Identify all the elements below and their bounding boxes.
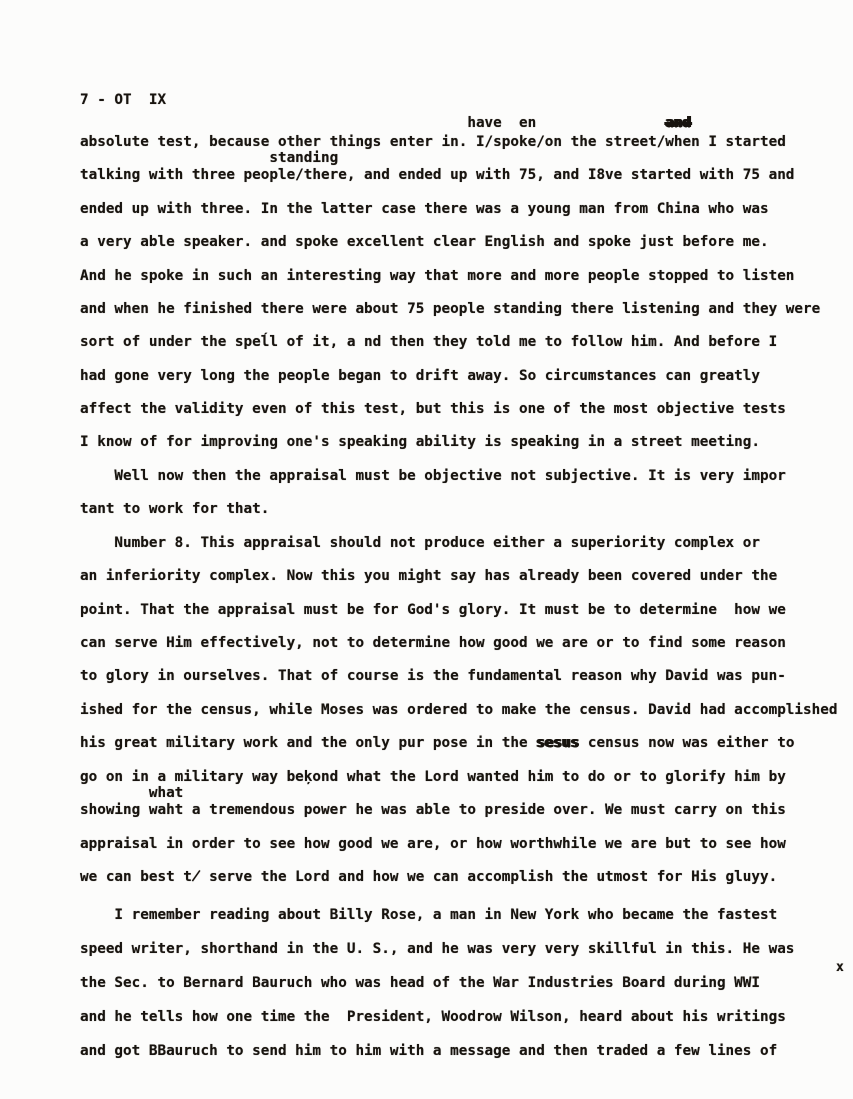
text-segment: his great military work and the only pur…	[80, 735, 536, 751]
text-segment: 7 - OT IX	[80, 92, 166, 108]
text-line: affect the validity even of this test, b…	[80, 399, 786, 419]
text-line: speed writer, shorthand in the U. S., an…	[80, 939, 794, 959]
text-segment: have en	[80, 115, 665, 131]
raised-insert-x: x	[836, 957, 844, 978]
text-line: a very able speaker. and spoke excellent…	[80, 232, 769, 252]
text-segment: appraisal in order to see how good we ar…	[80, 836, 786, 852]
text-line: we can best t̸ serve the Lord and how we…	[80, 867, 777, 887]
struck-out-word: and	[665, 115, 691, 131]
text-segment: ended up with three. In the latter case …	[80, 201, 769, 217]
text-line: his great military work and the only pur…	[80, 733, 794, 753]
text-segment: what	[80, 785, 183, 801]
text-segment: And he spoke in such an interesting way …	[80, 268, 794, 284]
text-segment: a very able speaker. and spoke excellent…	[80, 234, 769, 250]
text-segment: and got BBauruch to send him to him with…	[80, 1043, 777, 1059]
text-segment: sort of under the speĺl of it, a nd then…	[80, 334, 777, 350]
text-segment: can serve Him effectively, not to determ…	[80, 635, 786, 651]
text-segment: we can best t̸ serve the Lord and how we…	[80, 869, 777, 885]
text-segment: Number 8. This appraisal should not prod…	[80, 535, 760, 551]
overtyped-word: sesus	[536, 735, 579, 751]
text-line: Well now then the appraisal must be obje…	[80, 466, 786, 486]
text-line: and when he finished there were about 75…	[80, 299, 820, 319]
text-segment: and when he finished there were about 75…	[80, 301, 820, 317]
text-line: go on in a military way beķond what the …	[80, 767, 786, 787]
text-line: and he tells how one time the President,…	[80, 1007, 786, 1027]
text-segment: speed writer, shorthand in the U. S., an…	[80, 941, 794, 957]
text-line: and got BBauruch to send him to him with…	[80, 1041, 777, 1061]
text-segment: talking with three people/there, and end…	[80, 167, 794, 183]
text-line: I remember reading about Billy Rose, a m…	[80, 905, 777, 925]
text-line: showing waht a tremendous power he was a…	[80, 800, 786, 820]
text-segment: I know of for improving one's speaking a…	[80, 434, 760, 450]
interline-insert: have en and	[80, 113, 691, 133]
text-segment: the Sec. to Bernard Bauruch who was head…	[80, 975, 760, 991]
text-segment: standing	[80, 150, 338, 166]
text-segment: point. That the appraisal must be for Go…	[80, 602, 786, 618]
text-segment: an inferiority complex. Now this you mig…	[80, 568, 777, 584]
text-line: Number 8. This appraisal should not prod…	[80, 533, 760, 553]
text-line: ished for the census, while Moses was or…	[80, 700, 837, 720]
text-line: point. That the appraisal must be for Go…	[80, 600, 786, 620]
text-line: to glory in ourselves. That of course is…	[80, 666, 786, 686]
text-segment: had gone very long the people began to d…	[80, 368, 760, 384]
text-segment: I remember reading about Billy Rose, a m…	[80, 907, 777, 923]
text-segment: tant to work for that.	[80, 501, 269, 517]
raised-correction-mark: x	[836, 960, 844, 975]
text-segment: Well now then the appraisal must be obje…	[80, 468, 786, 484]
text-line: an inferiority complex. Now this you mig…	[80, 566, 777, 586]
text-line: appraisal in order to see how good we ar…	[80, 834, 786, 854]
text-segment: ished for the census, while Moses was or…	[80, 702, 837, 718]
text-line: And he spoke in such an interesting way …	[80, 266, 794, 286]
text-line: talking with three people/there, and end…	[80, 165, 794, 185]
text-segment: affect the validity even of this test, b…	[80, 401, 786, 417]
page-header: 7 - OT IX	[80, 90, 166, 110]
text-segment: census now was either to	[579, 735, 794, 751]
text-line: I know of for improving one's speaking a…	[80, 432, 760, 452]
text-line: had gone very long the people began to d…	[80, 366, 760, 386]
text-line: the Sec. to Bernard Bauruch who was head…	[80, 973, 760, 993]
text-line: can serve Him effectively, not to determ…	[80, 633, 786, 653]
document-page: 7 - OT IX have en andabsolute test, beca…	[0, 0, 853, 1099]
text-line: sort of under the speĺl of it, a nd then…	[80, 332, 777, 352]
text-segment: and he tells how one time the President,…	[80, 1009, 786, 1025]
text-segment: showing waht a tremendous power he was a…	[80, 802, 786, 818]
text-line: tant to work for that.	[80, 499, 269, 519]
text-line: ended up with three. In the latter case …	[80, 199, 769, 219]
text-segment: to glory in ourselves. That of course is…	[80, 668, 786, 684]
text-segment: go on in a military way beķond what the …	[80, 769, 786, 785]
